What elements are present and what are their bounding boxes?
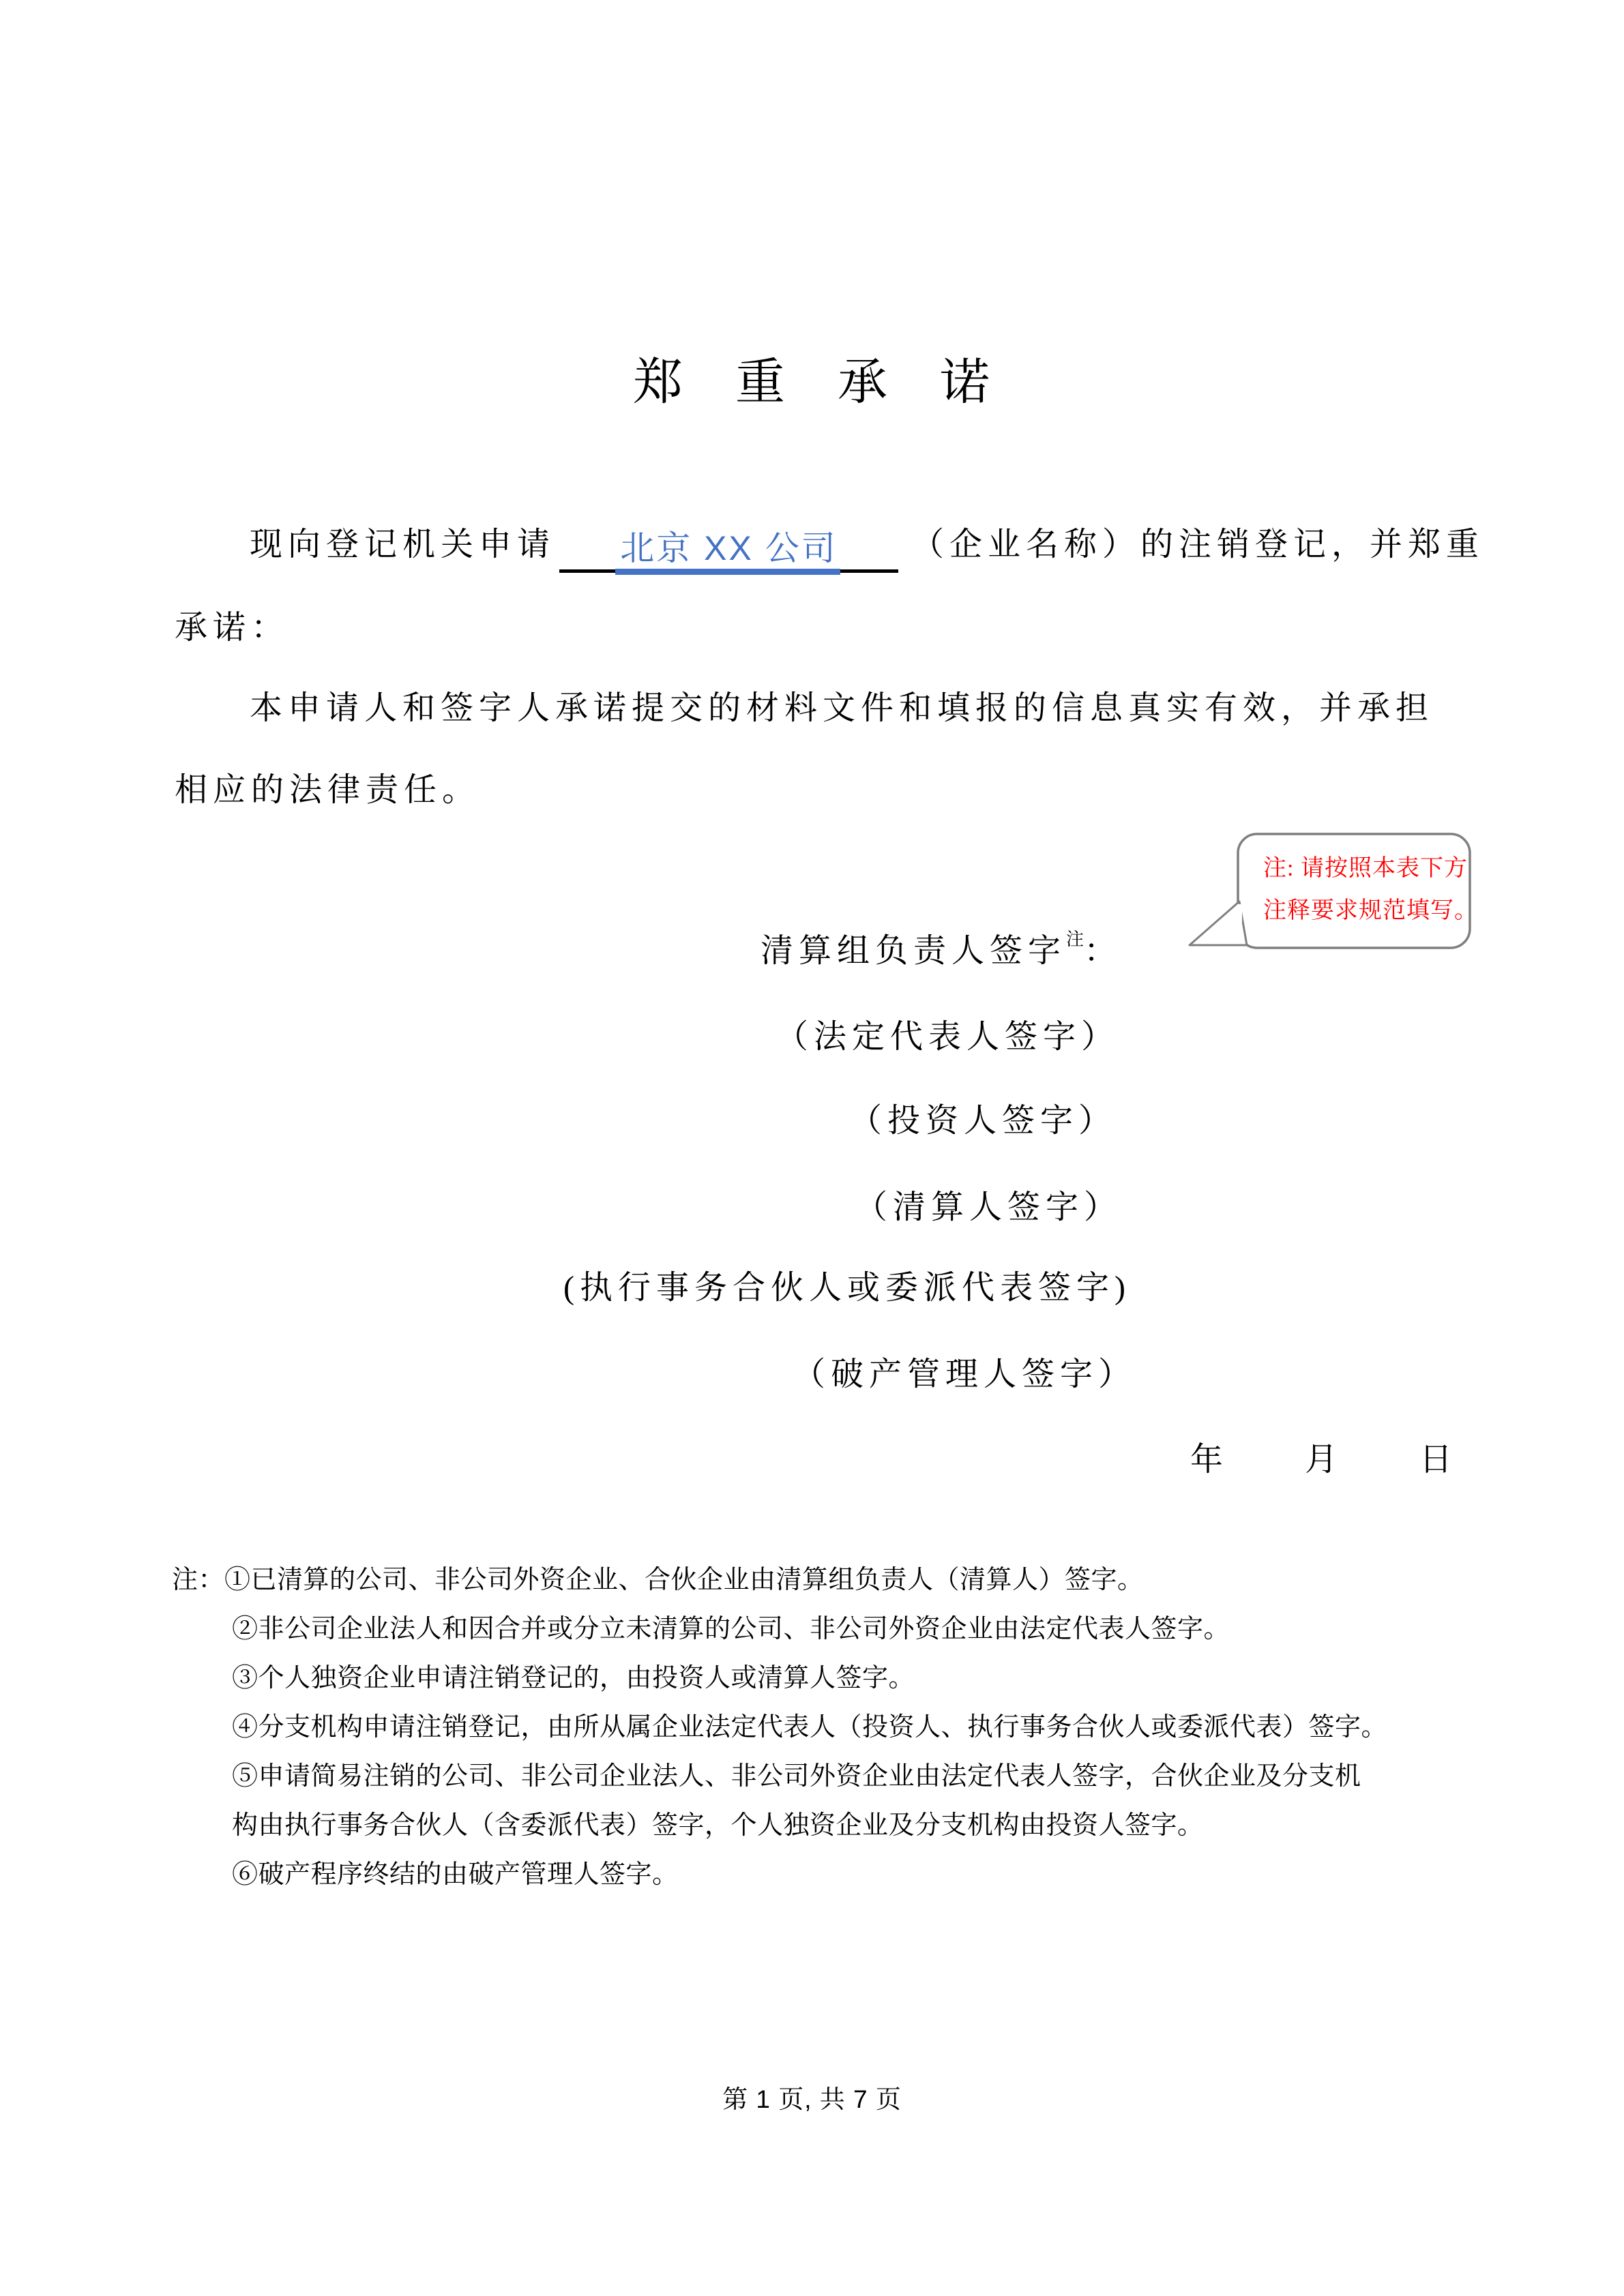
liquidation-leader-label: 清算组负责人签字 (761, 933, 1066, 969)
footnote-5-line1: ⑤申请简易注销的公司、非公司企业法人、非公司外资企业由法定代表人签字，合伙企业及… (232, 1762, 1361, 1792)
footnote-marker: 注 (1066, 929, 1084, 949)
footnote-3: ③个人独资企业申请注销登记的，由投资人或清算人签字。 (232, 1664, 915, 1694)
company-name-field[interactable]: 北京 XX 公司 (559, 521, 898, 573)
signature-line-liquidation-leader: 清算组负责人签字注： (761, 929, 1122, 970)
signature-line-executive-partner: (执行事务合伙人或委派代表签字) (563, 1269, 1131, 1307)
company-name-value[interactable]: 北京 XX 公司 (620, 521, 837, 570)
paragraph2-line2: 相应的法律责任。 (175, 771, 480, 809)
paragraph1-prefix: 现向登记机关申请 (250, 526, 555, 563)
page-number: 第 1 页, 共 7 页 (0, 2078, 1624, 2115)
signature-line-legal-representative: （法定代表人签字） (776, 1018, 1119, 1056)
signature-line-bankruptcy-administrator: （破产管理人签字） (793, 1356, 1136, 1393)
signature-line-liquidator: （清算人签字） (855, 1189, 1122, 1226)
document-page: 郑 重 承 诺 现向登记机关申请 北京 XX 公司 （企业名称）的注销登记，并郑… (0, 0, 1624, 2296)
page-title: 郑 重 承 诺 (0, 342, 1624, 413)
paragraph2-line1: 本申请人和签字人承诺提交的材料文件和填报的信息真实有效，并承担 (250, 689, 1434, 727)
paragraph1-suffix: （企业名称）的注销登记，并郑重 (911, 526, 1484, 563)
callout-note-line1: 注: 请按照本表下方 (1263, 855, 1468, 882)
footnote-1: 注：①已清算的公司、非公司外资企业、合伙企业由清算组负责人（清算人）签字。 (172, 1566, 1144, 1596)
footnote-5-line2: 构由执行事务合伙人（含委派代表）签字，个人独资企业及分支机构由投资人签字。 (232, 1811, 1204, 1841)
footnote-4: ④分支机构申请注销登记，由所从属企业法定代表人（投资人、执行事务合伙人或委派代表… (232, 1713, 1387, 1743)
callout-note-line2: 注释要求规范填写。 (1263, 897, 1478, 924)
paragraph1-line2: 承诺： (175, 609, 289, 646)
footnote-2: ②非公司企业法人和因合并或分立未清算的公司、非公司外资企业由法定代表人签字。 (232, 1615, 1230, 1645)
signature-line-investor: （投资人签字） (849, 1102, 1117, 1139)
date-line: 年 月 日 (1190, 1441, 1458, 1478)
footnote-6: ⑥破产程序终结的由破产管理人签字。 (232, 1860, 679, 1890)
callout-bubble-shape (1160, 818, 1480, 965)
liquidation-leader-colon: ： (1084, 933, 1122, 969)
